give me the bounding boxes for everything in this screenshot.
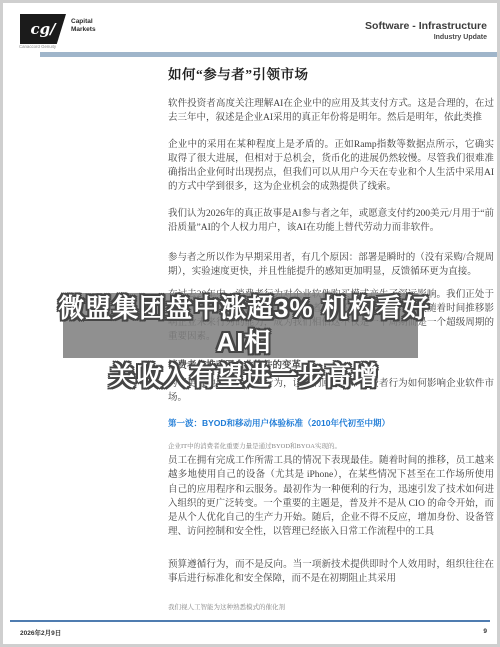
- footer-date: 2026年2月9日: [20, 628, 61, 637]
- paragraph-1: 软件投资者高度关注理解AI在企业中的应用及其支付方式。这是合理的，在过去三年中，…: [168, 97, 494, 126]
- report-type: Industry Update: [365, 34, 487, 41]
- report-page: cg/ Capital Markets Canaccord Genuity So…: [3, 3, 497, 644]
- news-headline: 微盟集团盘中涨超3% 机构看好AI相 关收入有望进一步高增: [53, 291, 435, 393]
- logo-wordmark-line2: Markets: [71, 26, 96, 34]
- news-headline-line1: 微盟集团盘中涨超3% 机构看好AI相: [53, 291, 435, 359]
- footer-divider: [10, 620, 490, 622]
- paragraph-4: 参与者之所以作为早期采用者，有几个原因：部署是瞬时的（没有采购/合规周期），实验…: [168, 251, 494, 280]
- paragraph-8: 预算遵循行为，而不是反向。当一项新技术提供即时个人效用时，组织往往在事后进行标准…: [168, 558, 494, 587]
- note-byod: 企业IT中的消费者化重要力量是通过BYOD和BYOA实现的。: [168, 441, 494, 450]
- header-right: Software - Infrastructure Industry Updat…: [365, 20, 487, 41]
- logo-wordmark: Capital Markets: [71, 18, 96, 34]
- paragraph-2: 企业中的采用在某种程度上是矛盾的。正如Ramp指数等数据点所示，它确实取得了很大…: [168, 138, 494, 195]
- footer-page-number: 9: [483, 628, 487, 635]
- header-divider: [40, 52, 497, 57]
- note-ai-catalyst: 我们视人工智能为这种熟悉模式的催化剂: [168, 602, 494, 611]
- logo-subtext: Canaccord Genuity: [19, 45, 56, 49]
- paragraph-7: 员工在拥有完成工作所需工具的情况下表现最佳。随着时间的推移，员工越来越多地使用自…: [168, 454, 494, 540]
- document-title: 如何“参与者”引领市场: [168, 63, 494, 83]
- report-category: Software - Infrastructure: [365, 20, 487, 32]
- cg-logo-icon: cg/: [20, 14, 66, 44]
- logo-wordmark-line1: Capital: [71, 18, 96, 26]
- paragraph-3: 我们认为2026年的真正故事是AI参与者之年，或愿意支付约200美元/月用于“前…: [168, 207, 494, 236]
- wave1-heading: 第一波：BYOD和移动用户体验标准（2010年代初至中期）: [168, 417, 494, 429]
- news-headline-line2: 关收入有望进一步高增: [53, 359, 435, 393]
